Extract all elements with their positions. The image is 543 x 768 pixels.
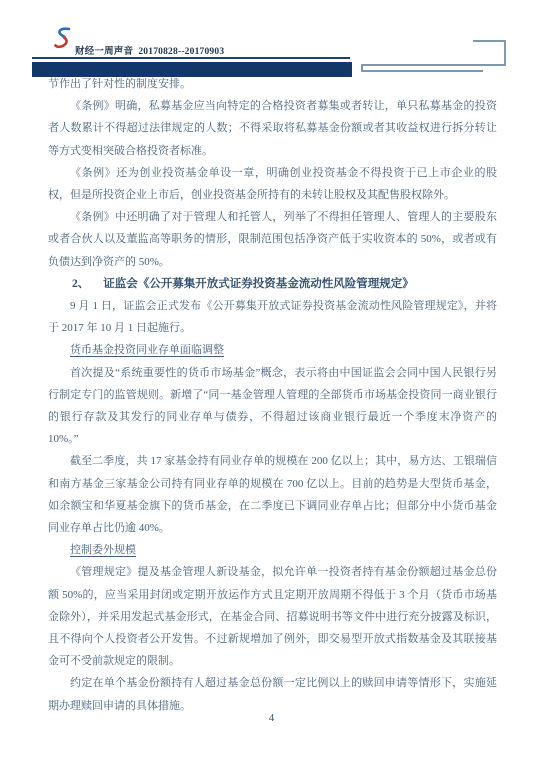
paragraph: 《条例》中还明确了对于管理人和托管人，列举了不得担任管理人、管理人的主要股东或者…: [48, 206, 497, 273]
section-title: 证监会《公开募集开放式证券投资基金流动性风险管理规定》: [103, 278, 414, 290]
paragraph: 节作出了针对性的制度安排。: [48, 73, 497, 95]
brand-logo-icon: [53, 27, 73, 50]
document-page: 财经一周声音 20170828--20170903 节作出了针对性的制度安排。 …: [0, 0, 543, 768]
document-body: 节作出了针对性的制度安排。 《条例》明确，私募基金应当向特定的合格投资者募集或者…: [48, 73, 497, 717]
paragraph: 约定在单个基金份额持有人超过基金总份额一定比例以上的赎回申请等情形下，实施延期办…: [48, 672, 497, 716]
paragraph: 首次提及“系统重要性的货币市场基金”概念，表示将由中国证监会会同中国人民银行另行…: [48, 362, 497, 451]
header-bracket-decoration: [358, 37, 513, 77]
header-title: 财经一周声音 20170828--20170903: [75, 43, 224, 57]
page-number: 4: [0, 712, 543, 724]
paragraph: 截至二季度，共 17 家基金持有同业存单的规模在 200 亿以上；其中，易方达、…: [48, 450, 497, 539]
paragraph: 《条例》明确，私募基金应当向特定的合格投资者募集或者转让，单只私募基金的投资者人…: [48, 95, 497, 162]
section-number: 2、: [72, 278, 89, 290]
header-rule-line: [32, 57, 350, 59]
paragraph: 《条例》还为创业投资基金单设一章，明确创业投资基金不得投资于已上市企业的股权，但…: [48, 162, 497, 206]
subsection-heading: 控制委外规模: [48, 539, 497, 561]
paragraph: 《管理规定》提及基金管理人新设基金，拟允许单一投资者持有基金份额超过基金总份额 …: [48, 561, 497, 672]
subsection-heading: 货币基金投资同业存单面临调整: [48, 339, 497, 361]
section-heading: 2、证监会《公开募集开放式证券投资基金流动性风险管理规定》: [48, 273, 497, 295]
paragraph: 9 月 1 日，证监会正式发布《公开募集开放式证券投资基金流动性风险管理规定》，…: [48, 295, 497, 339]
